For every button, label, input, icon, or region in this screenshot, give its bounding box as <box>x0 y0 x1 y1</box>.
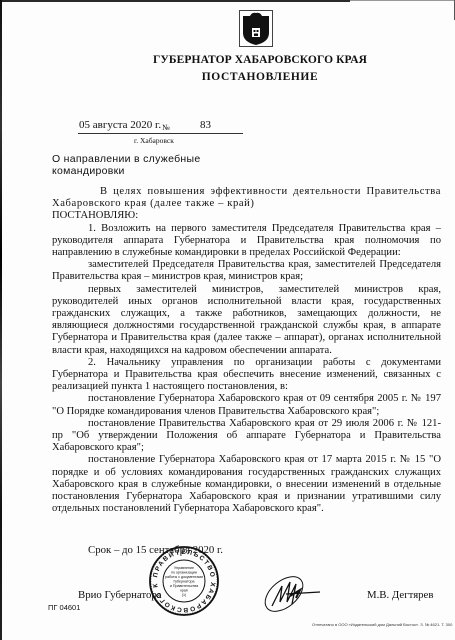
document-body: В целях повышения эффективности деятельн… <box>52 186 441 515</box>
scan-top-edge-light <box>350 0 455 1</box>
paragraph-2: 2. Начальнику управления по организации … <box>52 357 441 394</box>
registration-code: ПГ 04601 <box>48 603 80 612</box>
date-underline <box>78 133 243 134</box>
paragraph-1-item-2: первых заместителей министров, заместите… <box>52 284 441 357</box>
document-date: 05 августа 2020 г.№ <box>79 119 170 132</box>
date-value: 05 августа 2020 г. <box>79 119 161 131</box>
paragraph-2-item-2: постановление Правительства Хабаровского… <box>52 418 441 455</box>
city-label: г. Хабаровск <box>134 136 174 145</box>
number-sign: № <box>162 123 170 132</box>
svg-text:работы с документами: работы с документами <box>165 575 203 579</box>
svg-text:и Правительства: и Правительства <box>170 584 198 588</box>
svg-text:по организации: по организации <box>171 571 197 575</box>
paragraph-1: 1. Возложить на первого заместителя Пред… <box>52 223 441 260</box>
paragraph-2-item-3: постановление Губернатора Хабаровского к… <box>52 454 441 515</box>
scan-left-edge <box>0 0 2 640</box>
printer-note: Отпечатано в ООО «Издательский дом Дальн… <box>312 622 452 627</box>
document-type: ПОСТАНОВЛЕНИЕ <box>0 71 455 83</box>
handwritten-signature-icon <box>262 572 322 614</box>
document-subject: О направлении в служебные командировки <box>52 154 222 177</box>
decree-word: ПОСТАНОВЛЯЮ: <box>52 210 441 222</box>
coat-of-arms-icon <box>239 10 273 47</box>
paragraph-1-item-1: заместителей Председателя Правительства … <box>52 259 441 283</box>
issuer-title: ГУБЕРНАТОР ХАБАРОВСКОГО КРАЯ <box>0 54 455 66</box>
preamble: В целях повышения эффективности деятельн… <box>52 186 441 210</box>
svg-text:Губернатора: Губернатора <box>173 580 194 584</box>
official-seal-icon: ПРАВИТЕЛЬСТВО ХАБАРОВСКОГО КРАЯ • Управл… <box>148 545 220 617</box>
scan-top-edge <box>0 0 350 2</box>
svg-text:(1): (1) <box>182 593 186 597</box>
document-number: 83 <box>200 119 211 131</box>
paragraph-2-item-1: постановление Губернатора Хабаровского к… <box>52 393 441 417</box>
svg-text:края: края <box>180 589 188 593</box>
signer-name: М.В. Дегтярев <box>367 589 433 601</box>
svg-text:Управление: Управление <box>174 566 194 570</box>
